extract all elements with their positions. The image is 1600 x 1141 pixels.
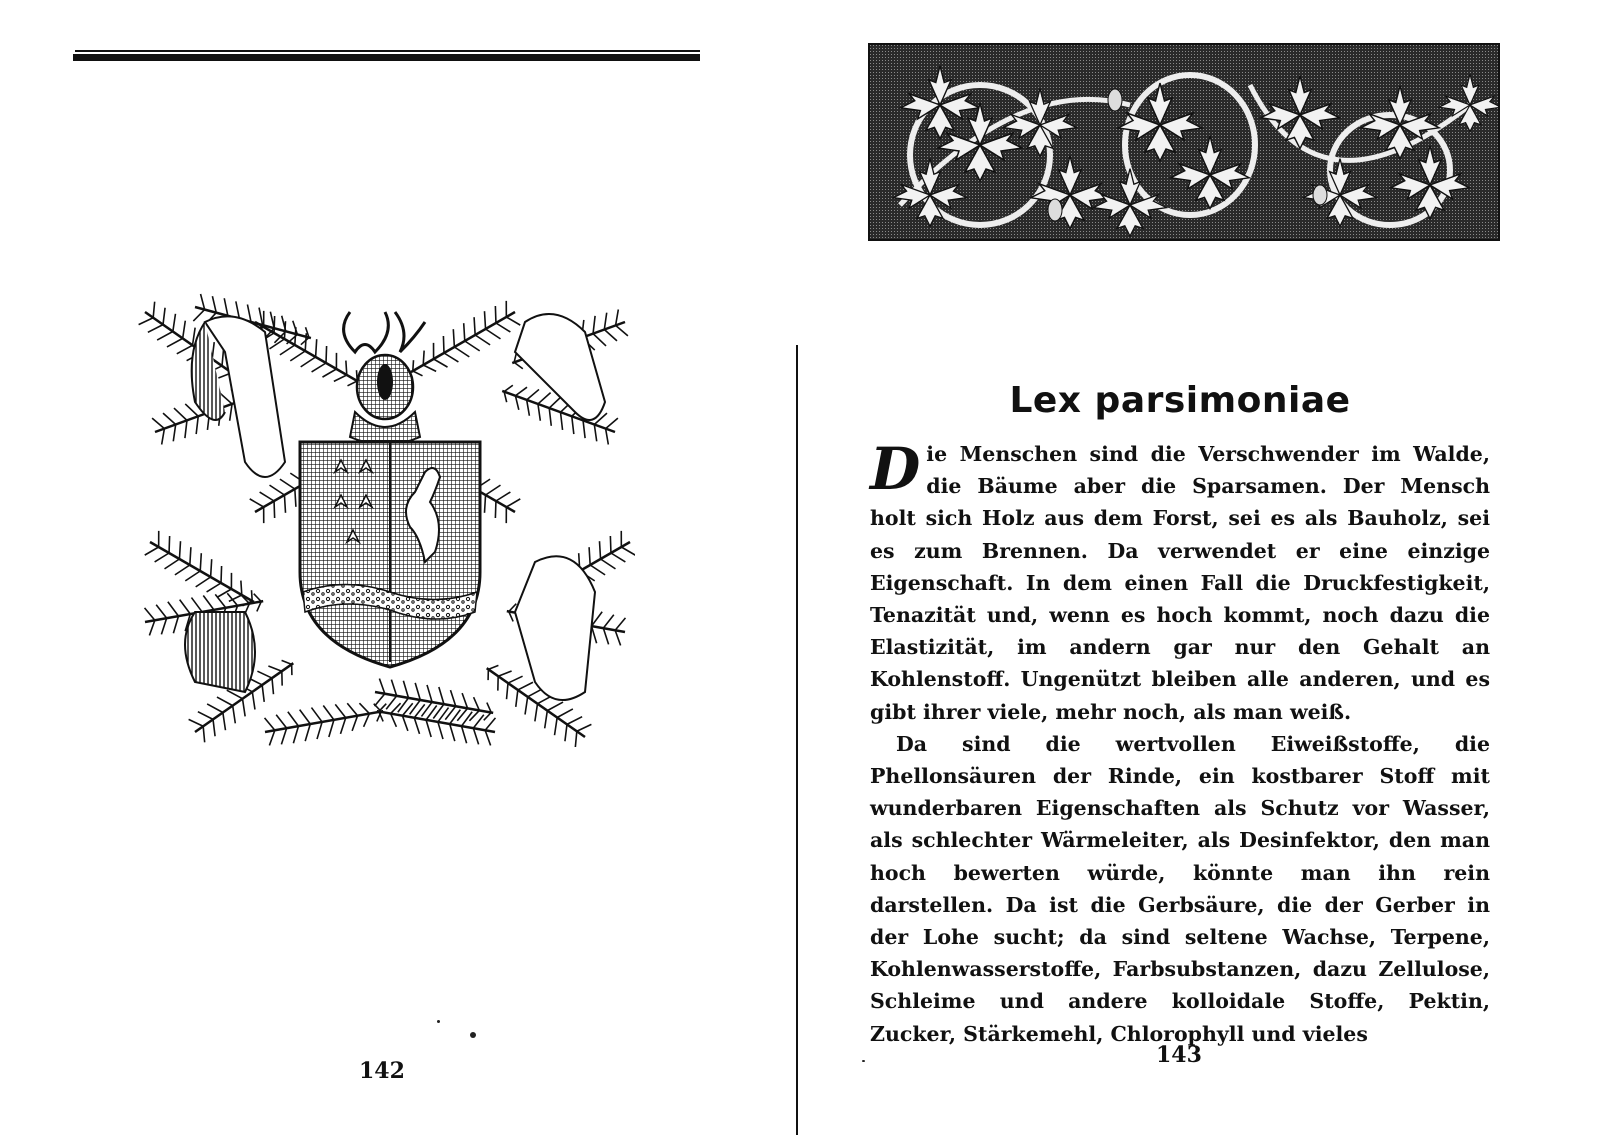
chapter-title: Lex parsimoniae bbox=[860, 380, 1500, 421]
ornamental-headpiece bbox=[868, 43, 1500, 241]
coat-of-arms-illustration bbox=[135, 292, 635, 747]
print-speck bbox=[470, 1032, 476, 1038]
paragraph-1-text: ie Menschen sind die Verschwender im Wal… bbox=[870, 442, 1490, 724]
paragraph-2: Da sind die wertvollen Eiweißstoffe, die… bbox=[870, 728, 1490, 1050]
chapter-body: Die Menschen sind die Verschwender im Wa… bbox=[870, 438, 1490, 1050]
paragraph-1: Die Menschen sind die Verschwender im Wa… bbox=[870, 438, 1490, 728]
rule-thick-line bbox=[73, 54, 700, 61]
top-double-rule bbox=[75, 50, 700, 60]
print-speck bbox=[437, 1020, 440, 1023]
page-number-right: 143 bbox=[1156, 1042, 1202, 1068]
page-number-left: 142 bbox=[359, 1058, 405, 1084]
leaf-vine-ornament bbox=[870, 45, 1500, 241]
rule-thin-line bbox=[75, 50, 700, 52]
drop-cap: D bbox=[870, 442, 920, 500]
left-page: 142 bbox=[0, 0, 780, 1141]
book-gutter-line bbox=[796, 345, 798, 1135]
print-speck bbox=[862, 1060, 865, 1062]
